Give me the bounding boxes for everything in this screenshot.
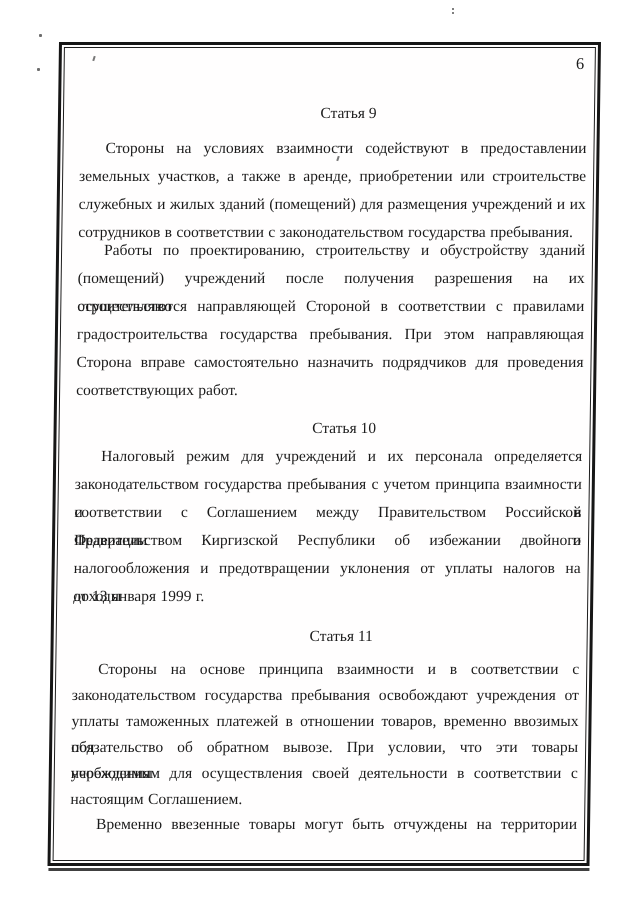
page-border-frame: 6 Статья 9 Стороны на условиях взаимност… (47, 42, 601, 866)
text-line: обязательство об обратном вывозе. При ус… (71, 735, 578, 761)
text-line: Временно ввезенные товары могут быть отч… (70, 812, 577, 838)
text-line: Стороны на условиях взаимности содейству… (79, 135, 586, 163)
scanned-page-sheet: 6 Статья 9 Стороны на условиях взаимност… (0, 0, 640, 905)
article-10-heading: Статья 10 (75, 420, 582, 438)
text-line: градостроительства государства пребывани… (77, 321, 584, 349)
article-9-paragraph-1: Стороны на условиях взаимности содейству… (78, 135, 587, 247)
text-line: Стороны на основе принципа взаимности и … (72, 657, 579, 683)
scan-artifact (37, 68, 40, 71)
text-line: Налоговый режим для учреждений и их перс… (75, 443, 582, 471)
article-11-heading: Статья 11 (73, 628, 580, 646)
text-line: осуществляются направляющей Стороной в с… (77, 293, 584, 321)
text-line: земельных участков, а также в аренде, пр… (79, 163, 586, 191)
page-number: 6 (576, 54, 585, 74)
article-10-paragraph-1: Налоговый режим для учреждений и их перс… (73, 443, 582, 611)
document-body: 6 Статья 9 Стороны на условиях взаимност… (51, 45, 598, 863)
text-line: Работы по проектированию, строительству … (78, 237, 585, 265)
article-9-heading: Статья 9 (80, 105, 587, 123)
scan-artifact (452, 8, 454, 10)
text-line: настоящим Соглашением. (70, 787, 577, 813)
text-line: законодательством государства пребывания… (75, 471, 582, 499)
text-line: (помещений) учреждений после получения р… (77, 265, 584, 293)
scan-artifact (39, 34, 42, 37)
text-line: учреждениям для осуществления своей деят… (71, 761, 578, 787)
article-11-paragraph-1: Стороны на основе принципа взаимности и … (70, 657, 579, 813)
article-9-paragraph-2: Работы по проектированию, строительству … (76, 237, 585, 405)
text-line: Сторона вправе самостоятельно назначить … (76, 349, 583, 377)
text-line: соответствии с Соглашением между Правите… (74, 499, 581, 527)
text-line: соответствующих работ. (76, 377, 583, 405)
text-line: уплаты таможенных платежей в отношении т… (71, 709, 578, 735)
text-line: налогообложения и предотвращении уклонен… (73, 555, 580, 583)
text-line: служебных и жилых зданий (помещений) для… (79, 191, 586, 219)
article-11-paragraph-2: Временно ввезенные товары могут быть отч… (70, 812, 577, 838)
text-line: законодательством государства пребывания… (72, 683, 579, 709)
text-line: Правительством Киргизской Республики об … (74, 527, 581, 555)
text-line: от 13 января 1999 г. (73, 583, 580, 611)
